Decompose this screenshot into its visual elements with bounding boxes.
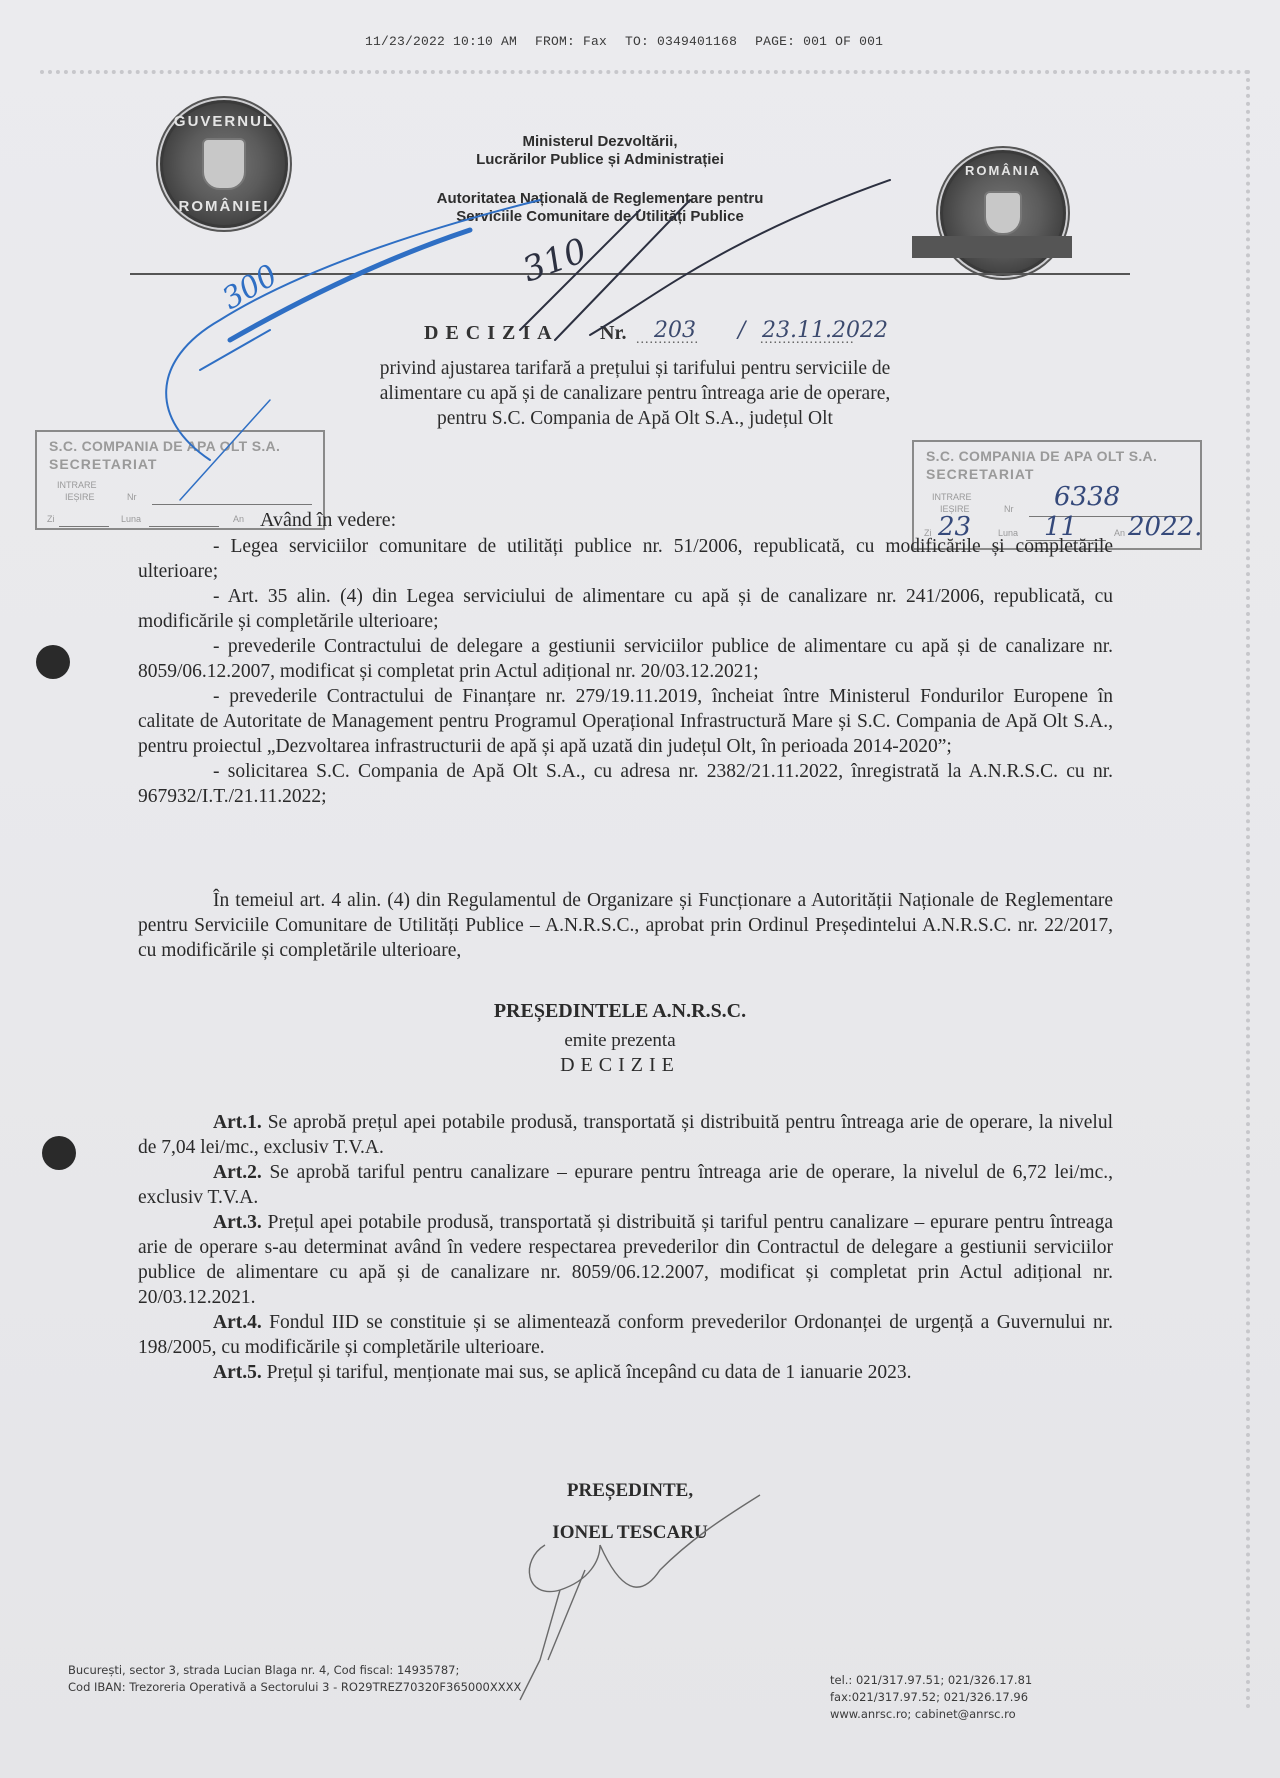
footer-fax: fax:021/317.97.52; 021/326.17.96 [830,1689,1032,1706]
consideration-item: - Art. 35 alin. (4) din Legea serviciulu… [138,584,1113,634]
footer-tel: tel.: 021/317.97.51; 021/326.17.81 [830,1672,1032,1689]
stamp-nr-label: Nr [127,492,137,502]
article-text: Fondul IID se constituie și se alimentea… [138,1312,1113,1358]
article-label: Art.3. [213,1212,262,1233]
anrsc-banner [912,236,1072,258]
article-label: Art.5. [213,1362,262,1383]
stamp-nr-value: 6338 [1054,482,1120,512]
decision-number-handwritten: 203 [654,318,696,343]
issuer-title: PREȘEDINTELE A.N.R.S.C. [340,1000,900,1023]
stamp-month-label: Luna [121,514,141,524]
considerations-intro: Având în vedere: [260,508,460,533]
government-seal-logo: GUVERNUL ROMÂNIEI [160,100,288,228]
article-1: Art.1. Se aprobă prețul apei potabile pr… [138,1110,1113,1160]
fax-datetime: 11/23/2022 10:10 AM [365,34,517,49]
fax-from: FROM: Fax [535,34,607,49]
authority-line-2: Serviciile Comunitare de Utilități Publi… [340,208,860,226]
article-text: Prețul apei potabile produsă, transporta… [138,1212,1113,1308]
article-4: Art.4. Fondul IID se constituie și se al… [138,1310,1113,1360]
stamp-company: S.C. COMPANIA DE APA OLT S.A. [49,438,280,454]
legal-basis: În temeiul art. 4 alin. (4) din Regulame… [138,888,1113,963]
article-label: Art.1. [213,1112,262,1133]
punch-hole [42,1136,76,1170]
anrsc-ring-top: ROMÂNIA [943,163,1063,178]
stamp-nr-label: Nr [1004,504,1014,514]
stamp-in-label: INTRARE [57,480,97,490]
anrsc-crest-icon [984,191,1022,235]
footer-web: www.anrsc.ro; cabinet@anrsc.ro [830,1706,1032,1723]
article-text: Prețul și tariful, menționate mai sus, s… [267,1362,912,1383]
article-text: Se aprobă prețul apei potabile produsă, … [138,1112,1113,1158]
legal-basis-text: În temeiul art. 4 alin. (4) din Regulame… [138,888,1113,963]
stamp-day-label: Zi [47,514,55,524]
article-text: Se aprobă tariful pentru canalizare – ep… [138,1162,1113,1208]
header-divider [130,273,1130,275]
stamp-year-label: An [233,514,244,524]
stamp-department: SECRETARIAT [49,456,157,472]
authority-name: Autoritatea Națională de Reglementare pe… [340,190,860,226]
footer-address-block: București, sector 3, strada Lucian Blaga… [68,1662,521,1696]
ministry-line-2: Lucrărilor Publice și Administrației [340,151,860,169]
signatory-role: PREȘEDINTE, [480,1480,780,1502]
slash-separator: / [738,318,745,343]
fax-header: 11/23/2022 10:10 AMFROM: FaxTO: 03494011… [365,34,901,49]
decision-title: DECIZIA [424,322,559,345]
fax-to: TO: 0349401168 [625,34,737,49]
footer-iban: Cod IBAN: Trezoreria Operativă a Sectoru… [68,1679,521,1696]
ministry-name: Ministerul Dezvoltării, Lucrărilor Publi… [340,133,860,169]
seal-ring-top: GUVERNUL [163,113,285,130]
coat-of-arms-icon [202,138,246,190]
considerations-list: - Legea serviciilor comunitare de utilit… [138,534,1113,809]
stamp-nr-line [152,504,312,505]
stamp-day-line [59,526,109,527]
signatory-name: IONEL TESCARU [480,1522,780,1544]
punch-hole [36,645,70,679]
consideration-item: - solicitarea S.C. Compania de Apă Olt S… [138,759,1113,809]
issuer-doc-type: DECIZIE [340,1054,900,1077]
stamp-out-label: IEȘIRE [65,492,95,502]
stamp-department: SECRETARIAT [926,466,1034,482]
article-2: Art.2. Se aprobă tariful pentru canaliza… [138,1160,1113,1210]
stamp-in-label: INTRARE [932,492,972,502]
stamp-year-value: 2022. [1128,512,1202,542]
fax-page: PAGE: 001 OF 001 [755,34,883,49]
consideration-item: - Legea serviciilor comunitare de utilit… [138,534,1113,584]
authority-line-1: Autoritatea Națională de Reglementare pe… [340,190,860,208]
article-5: Art.5. Prețul și tariful, menționate mai… [138,1360,1113,1385]
stamp-year-label: An [1114,528,1125,538]
articles-list: Art.1. Se aprobă prețul apei potabile pr… [138,1110,1113,1385]
decision-subtitle: privind ajustarea tarifară a prețului și… [270,356,1000,431]
article-label: Art.2. [213,1162,262,1183]
stamp-company: S.C. COMPANIA DE APA OLT S.A. [926,448,1157,464]
decision-date-handwritten: 23.11.2022 [762,318,888,343]
decision-nr-label: Nr. [600,322,626,345]
consideration-item: - prevederile Contractului de Finanțare … [138,684,1113,759]
subtitle-line: alimentare cu apă și de canalizare pentr… [270,381,1000,406]
article-label: Art.4. [213,1312,262,1333]
seal-ring-bottom: ROMÂNIEI [163,198,285,215]
ministry-line-1: Ministerul Dezvoltării, [340,133,860,151]
subtitle-line: pentru S.C. Compania de Apă Olt S.A., ju… [270,406,1000,431]
consideration-item: - prevederile Contractului de delegare a… [138,634,1113,684]
footer-contact-block: tel.: 021/317.97.51; 021/326.17.81 fax:0… [830,1672,1032,1723]
stamp-month-line [149,526,219,527]
footer-address: București, sector 3, strada Lucian Blaga… [68,1662,521,1679]
subtitle-line: privind ajustarea tarifară a prețului și… [270,356,1000,381]
issuer-emits: emite prezenta [340,1030,900,1052]
article-3: Art.3. Prețul apei potabile produsă, tra… [138,1210,1113,1310]
